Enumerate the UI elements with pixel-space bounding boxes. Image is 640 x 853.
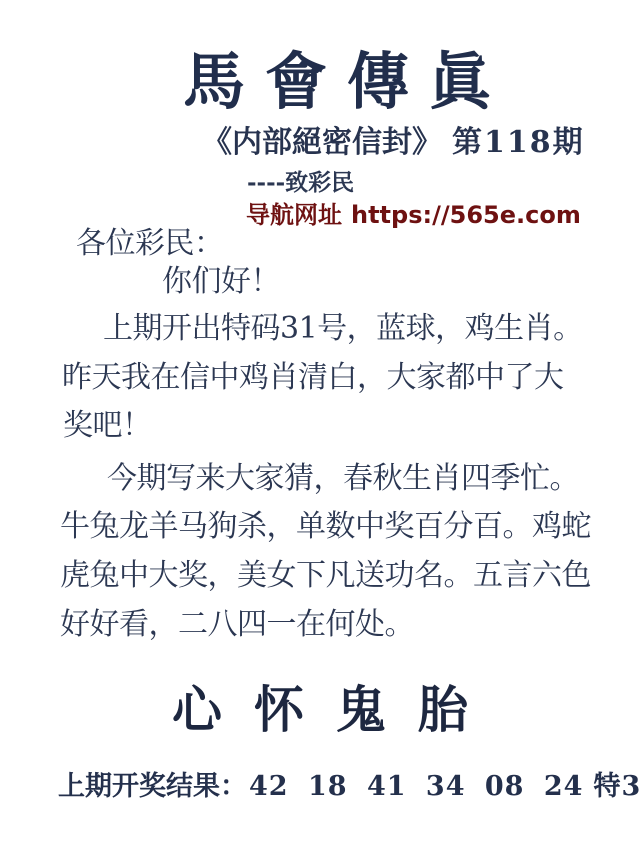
letter-paragraph3-line4: 好好看，二八四一在何处。 — [60, 608, 414, 643]
nav-address-line: 导航网址https://565e.com — [246, 202, 581, 230]
letter-salutation: 各位彩民： — [76, 227, 224, 262]
letter-paragraph2-line2: 奖吧！ — [63, 409, 152, 444]
subtitle-envelope-text: 《内部絕密信封》 — [202, 125, 442, 160]
letter-greeting: 你们好！ — [162, 265, 280, 300]
dedication-line: ----致彩民 — [247, 170, 354, 196]
letter-paragraph3-line1: 今期写来大家猜，春秋生肖四季忙。 — [107, 462, 579, 497]
page-title: 馬會傳眞 — [183, 46, 511, 117]
last-draw-special-number: 特31 — [593, 771, 640, 802]
nav-url-link[interactable]: https://565e.com — [351, 201, 581, 229]
last-draw-label: 上期开奖结果： — [58, 771, 247, 802]
letter-paragraph3-line3: 虎兔中大奖，美女下凡送功名。五言六色 — [60, 559, 591, 594]
last-draw-result-line: 上期开奖结果：42 18 41 34 08 24特31 — [58, 771, 640, 802]
last-draw-numbers: 42 18 41 34 08 24 — [249, 771, 583, 802]
riddle-answer: 心怀鬼胎 — [0, 681, 640, 739]
letter-paragraph3-line2: 牛兔龙羊马狗杀，单数中奖百分百。鸡蛇 — [60, 510, 591, 545]
letter-paragraph2-line1: 昨天我在信中鸡肖清白，大家都中了大 — [62, 361, 564, 396]
issue-number: 第118期 — [452, 125, 585, 160]
nav-address-label: 导航网址 — [246, 201, 342, 229]
subtitle-line: 《内部絕密信封》第118期 — [202, 126, 585, 161]
fax-flyer-page: 馬會傳眞 《内部絕密信封》第118期 ----致彩民 导航网址https://5… — [0, 0, 640, 853]
letter-paragraph1-line1: 上期开出特码31号，蓝球，鸡生肖。 — [103, 312, 583, 347]
